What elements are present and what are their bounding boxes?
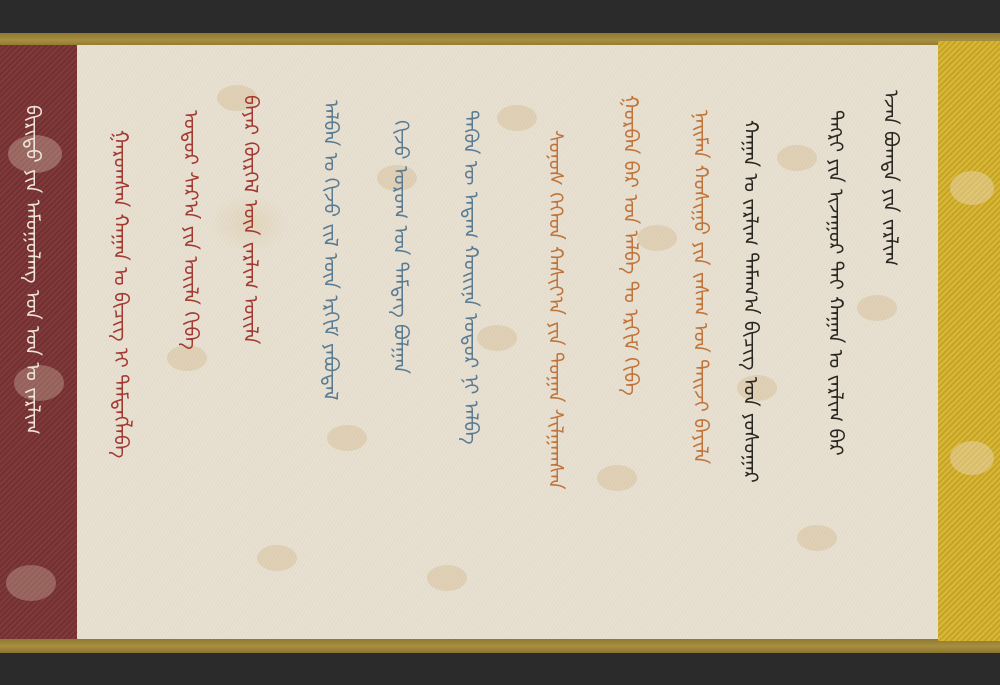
cloud-motif bbox=[477, 325, 517, 351]
text-column-red: ᠭᠠᠷᠤᠭᠰᠠᠨ ᠬᠠᠭᠠᠨ ᠤ ᠪᠢᠴᠢᠭ ᠢ ᠲᠡᠮᠳᠡᠭᠯᠡᠪᠡ bbox=[110, 130, 132, 458]
manuscript-scroll bbox=[0, 33, 1000, 653]
cloud-motif bbox=[427, 565, 467, 591]
text-column-orange: ᠰᠣᠨᠣᠰ ᠬᠡᠭᠡᠳ ᠬᠠᠰᠢᠶ᠎ᠠ ᠶᠢᠨ ᠲᠣᠭᠠᠨ ᠰᠢᠯᠭᠠᠭᠰᠠᠨ bbox=[545, 130, 567, 490]
cloud-motif bbox=[950, 441, 994, 475]
text-column-red: ᠪᠠᠶᠠᠷ ᠬᠦᠷᠭᠡᠯ ᠦᠨ ᠵᠠᠷᠯᠢᠭ ᠦᠢᠯᠡ bbox=[240, 95, 262, 344]
text-column-black: ᠲᠩᠷᠢ ᠶᠢᠨ ᠢᠵᠠᠭᠤᠷ ᠲᠠᠢ ᠬᠠᠭᠠᠨ ᠤ ᠵᠠᠷᠯᠢᠭ ᠪᠠᠷ bbox=[825, 110, 847, 456]
cloud-motif bbox=[857, 295, 897, 321]
cloud-motif bbox=[637, 225, 677, 251]
text-column-orange: ᠨᠠᠢᠮᠠᠨ ᠬᠣᠰᠢᠭᠤ ᠶᠢᠨ ᠵᠠᠰᠠᠭ ᠤᠨ ᠲᠠᠢᠵᠢ ᠪᠡᠶᠢᠯᠡ bbox=[690, 110, 712, 464]
text-column-black: ᠡᠵᠡᠨ ᠪᠣᠭᠳᠠ ᠶᠢᠨ ᠵᠠᠷᠯᠢᠭ bbox=[880, 90, 902, 266]
cloud-motif bbox=[597, 465, 637, 491]
text-column-blue: ᠬᠢᠵᠦ ᠤᠷᠤᠭ ᠤᠨ ᠲᠡᠮᠳᠡᠭ ᠪᠣᠯᠭᠠᠨ bbox=[390, 120, 412, 374]
text-column-blue: ᠲᠡᠭᠦᠨ ᠦ ᠠᠳᠠᠭ ᠬᠣᠢᠢᠨᠠ ᠤᠳᠤᠷ ᠨᠢ ᠠᠯᠪᠠ bbox=[460, 110, 482, 445]
cloud-motif bbox=[497, 105, 537, 131]
gold-edging-bottom bbox=[0, 639, 1000, 653]
cloud-motif bbox=[327, 425, 367, 451]
text-column-black: ᠬᠠᠭᠠᠨ ᠤ ᠵᠠᠷᠯᠢᠭ ᠲᠠᠮᠠᠭ᠎ᠠ ᠪᠢᠴᠢᠭ ᠤᠨ ᠶᠣᠰᠤᠭᠠᠷ bbox=[740, 120, 762, 483]
cloud-motif bbox=[777, 145, 817, 171]
cloud-motif bbox=[950, 171, 994, 205]
cloud-motif bbox=[6, 565, 56, 601]
text-column-blue: ᠠᠯᠪᠠᠨ ᠤ ᠬᠢᠵᠦ ᠵᠢᠯ ᠦᠨ ᠡᠷᠬᠢᠮ ᠶᠠᠪᠤᠳᠠᠯ bbox=[320, 100, 342, 400]
gold-brocade-panel bbox=[938, 41, 1000, 641]
cloud-motif bbox=[797, 525, 837, 551]
text-column-red: ᠤᠳᠤᠷ ᠰᠠᠷ᠎ᠠ ᠶᠢᠨ ᠦᠢᠯᠡ ᠬᠢᠪᠡ bbox=[180, 110, 202, 350]
text-column-white: ᠪᠢᠷᠢᠲᠦ ᠶᠢᠨ ᠠᠮᠤᠭᠤᠯᠠᠩ ᠤᠨ ᠣᠨ ᠤ ᠵᠠᠷᠯᠢᠭ bbox=[22, 105, 44, 435]
text-column-orange: ᠭᠤᠷᠪᠠᠨ ᠪᠠᠷ ᠤᠨ ᠠᠯᠪᠠ ᠲᠤ ᠡᠷᠬᠢᠮ ᠬᠢᠪᠡ bbox=[620, 95, 642, 396]
cloud-motif bbox=[257, 545, 297, 571]
silk-paper-panel bbox=[77, 45, 938, 639]
